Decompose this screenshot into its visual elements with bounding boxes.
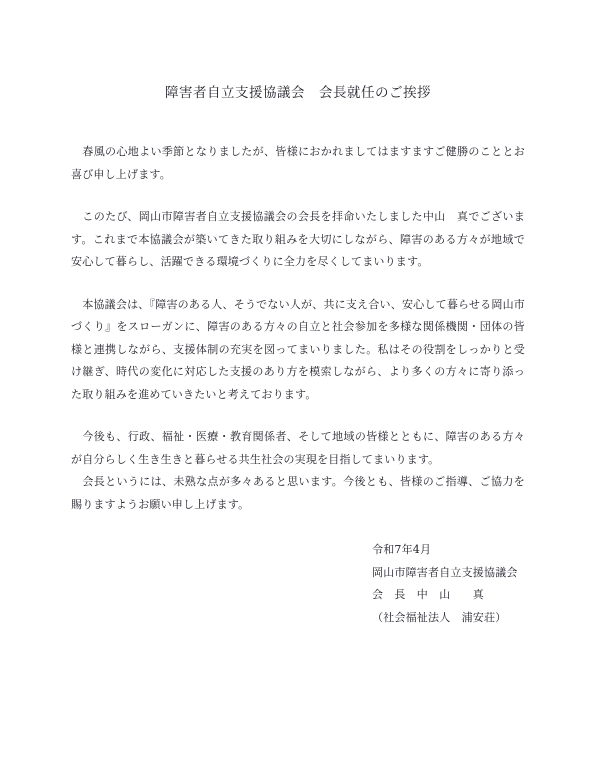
signature-date: 令和7年4月	[372, 539, 525, 562]
document-page: 障害者自立支援協議会 会長就任のご挨拶 春風の心地よい季節となりましたが、皆様に…	[0, 0, 596, 768]
signature-organization: 岡山市障害者自立支援協議会	[372, 562, 525, 585]
paragraph-council-slogan: 本協議会は、『障害のある人、そうでない人が、共に支え合い、安心して暮らせる岡山市…	[71, 294, 525, 407]
paragraph-closing-request: 会長というには、未熟な点が多々あると思います。今後とも、皆様のご指導、ご協力を賜…	[71, 471, 525, 516]
paragraph-appointment: このたび、岡山市障害者自立支援協議会の会長を拝命いたしました中山 真でございます…	[71, 206, 525, 274]
paragraph-future-vision: 今後も、行政、福祉・医療・教育関係者、そして地域の皆様とともに、障害のある方々が…	[71, 426, 525, 471]
signature-affiliation: （社会福祉法人 浦安荘）	[372, 607, 525, 630]
paragraph-seasonal-greeting: 春風の心地よい季節となりましたが、皆様におかれましてはますますご健勝のこととお喜…	[71, 141, 525, 186]
signature-title-and-name: 会 長 中 山 真	[372, 584, 525, 607]
signature-block: 令和7年4月 岡山市障害者自立支援協議会 会 長 中 山 真 （社会福祉法人 浦…	[372, 539, 525, 629]
page-title: 障害者自立支援協議会 会長就任のご挨拶	[71, 84, 525, 102]
